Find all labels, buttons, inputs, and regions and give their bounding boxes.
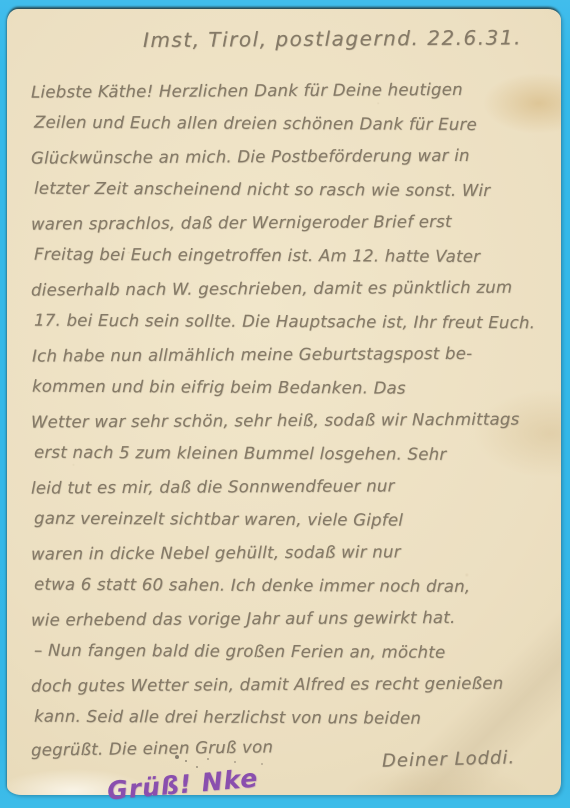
handwriting-line: Liebste Käthe! Herzlichen Dank für Deine… — [31, 72, 543, 108]
handwriting-line: doch gutes Wetter sein, damit Alfred es … — [31, 666, 543, 702]
handwritten-letter: Imst, Tirol, postlagernd. 22.6.31. Liebs… — [7, 9, 561, 795]
handwriting-line: Ich habe nun allmählich meine Geburtstag… — [31, 336, 543, 372]
handwriting-line: erst nach 5 zum kleinen Bummel losgehen.… — [31, 436, 543, 472]
handwriting-line: etwa 6 statt 60 sahen. Ich denke immer n… — [31, 568, 543, 604]
signature: Deiner Loddi. — [381, 743, 515, 776]
handwriting-line: Wetter war sehr schön, sehr heiß, sodaß … — [31, 402, 543, 438]
scan-background: Imst, Tirol, postlagernd. 22.6.31. Liebs… — [0, 0, 570, 808]
letter-body: Liebste Käthe! Herzlichen Dank für Deine… — [31, 74, 543, 734]
closing-greeting: gegrüßt. Die einen Gruß von — [31, 732, 274, 765]
handwriting-line: Glückwünsche an mich. Die Postbeförderun… — [31, 138, 543, 174]
handwriting-line: ganz vereinzelt sichtbar waren, viele Gi… — [31, 502, 543, 538]
handwriting-line: 17. bei Euch sein sollte. Die Hauptsache… — [31, 304, 543, 340]
postcard-paper: Imst, Tirol, postlagernd. 22.6.31. Liebs… — [7, 9, 561, 795]
handwriting-line: waren in dicke Nebel gehüllt, sodaß wir … — [31, 534, 543, 570]
handwriting-line: leid tut es mir, daß die Sonnwendfeuer n… — [31, 468, 543, 504]
postmark-bleed-speckles — [175, 755, 179, 759]
handwriting-line: letzter Zeit anscheinend nicht so rasch … — [31, 172, 543, 208]
handwriting-line: Zeilen und Euch allen dreien schönen Dan… — [31, 106, 543, 142]
handwriting-line: – Nun fangen bald die großen Ferien an, … — [31, 634, 543, 670]
collector-note-violet: Grüß! Nke — [106, 764, 258, 806]
handwriting-line: wie erhebend das vorige Jahr auf uns gew… — [31, 600, 543, 636]
dateline: Imst, Tirol, postlagernd. 22.6.31. — [31, 25, 543, 53]
handwriting-line: kommen und bin eifrig beim Bedanken. Das — [31, 370, 543, 406]
handwriting-line: dieserhalb nach W. geschrieben, damit es… — [31, 270, 543, 306]
handwriting-line: Freitag bei Euch eingetroffen ist. Am 12… — [31, 238, 543, 274]
handwriting-line: waren sprachlos, daß der Wernigeroder Br… — [31, 204, 543, 240]
closing-row: gegrüßt. Die einen Gruß von Deiner Loddi… — [31, 734, 543, 768]
handwriting-line: kann. Seid alle drei herzlichst von uns … — [31, 700, 543, 736]
